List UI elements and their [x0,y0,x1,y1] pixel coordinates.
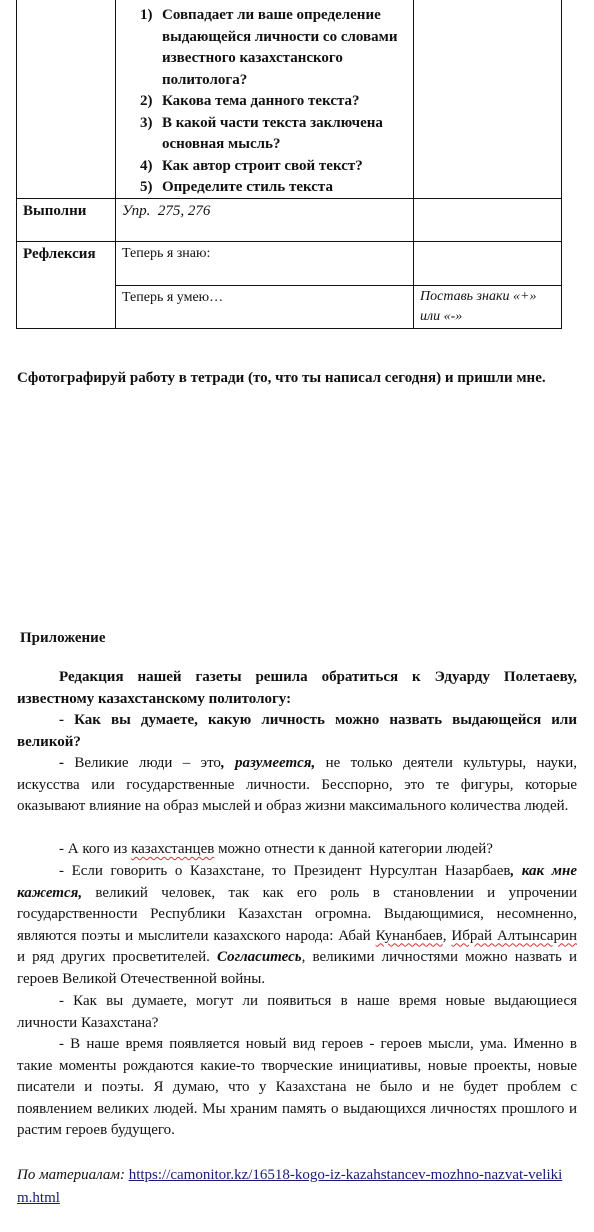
appendix-heading: Приложение [20,630,105,647]
reflection-can: Теперь я умею… [122,287,223,309]
table-border [16,0,17,329]
interview-answer-3: - В наше время появляется новый вид геро… [17,1034,577,1142]
question-text: Какова тема данного текста? [162,93,360,109]
question-number: 2) [140,91,153,113]
row-label-do: Выполни [23,200,86,222]
exercise-ref: Упр. 275, 276 [122,200,210,222]
text: и ряд других просветителей. [17,949,217,965]
interview-question-3: - Как вы думаете, могут ли появиться в н… [17,991,577,1034]
question-text: Как автор строит свой текст? [162,158,363,174]
interview-question-1: - Как вы думаете, какую личность можно н… [17,710,577,753]
instruction-text: Сфотографируй работу в тетради (то, что … [17,367,577,389]
question-number: 3) [140,113,153,135]
question-item: 2) Какова тема данного текста? [140,91,410,113]
question-text: В какой части текста заключена основная … [162,115,383,153]
row-label-reflection: Рефлексия [23,243,96,265]
reflection-know: Теперь я знаю: [122,243,210,265]
table-border [115,285,562,286]
text: - А кого из [59,841,131,857]
table-border [16,241,562,242]
interview-answer-1: - Великие люди – это, разумеется, не тол… [17,753,577,818]
question-number: 5) [140,177,153,199]
source-label: По материалам: [17,1167,125,1183]
interview-question-2: - А кого из казахстанцев можно отнести к… [17,839,577,861]
spellcheck-word: Кунанбаев [376,928,443,944]
emphasis: Согласитесь [217,949,302,965]
interview-answer-2: - Если говорить о Казахстане, то Президе… [17,861,577,990]
table-border [413,0,414,329]
question-item: 1) Совпадает ли ваше определение выдающе… [140,5,410,91]
text: - Если говорить о Казахстане, то Президе… [59,863,510,879]
question-text: Совпадает ли ваше определение выдающейся… [162,7,398,88]
spellcheck-word: Ибрай Алтынсарин [451,928,577,944]
appendix-intro: Редакция нашей газеты решила обратиться … [17,667,577,710]
question-number: 4) [140,156,153,178]
lesson-table: _ _ _ _ _ _ _ _ _ _ _ 1) Совпадает ли ва… [0,0,594,330]
emphasis: , разумеется, [221,755,315,771]
source-line: По материалам: https://camonitor.kz/1651… [17,1164,577,1210]
question-item: 5) Определите стиль текста [140,177,410,199]
cut-off-text: _ _ _ _ _ _ _ _ _ _ _ [160,0,360,2]
table-border [16,328,562,329]
table-border [115,0,116,329]
question-item: 3) В какой части текста заключена основн… [140,113,410,156]
question-number: 1) [140,5,153,27]
text: можно отнести к данной категории людей? [214,841,493,857]
spellcheck-word: казахстанцев [131,841,214,857]
question-text: Определите стиль текста [162,179,333,195]
question-item: 4) Как автор строит свой текст? [140,156,410,178]
table-border [561,0,562,329]
text: Великие люди – это [64,755,221,771]
reflection-note: Поставь знаки «+» или «-» [420,287,560,327]
question-list: 1) Совпадает ли ваше определение выдающе… [140,5,410,199]
